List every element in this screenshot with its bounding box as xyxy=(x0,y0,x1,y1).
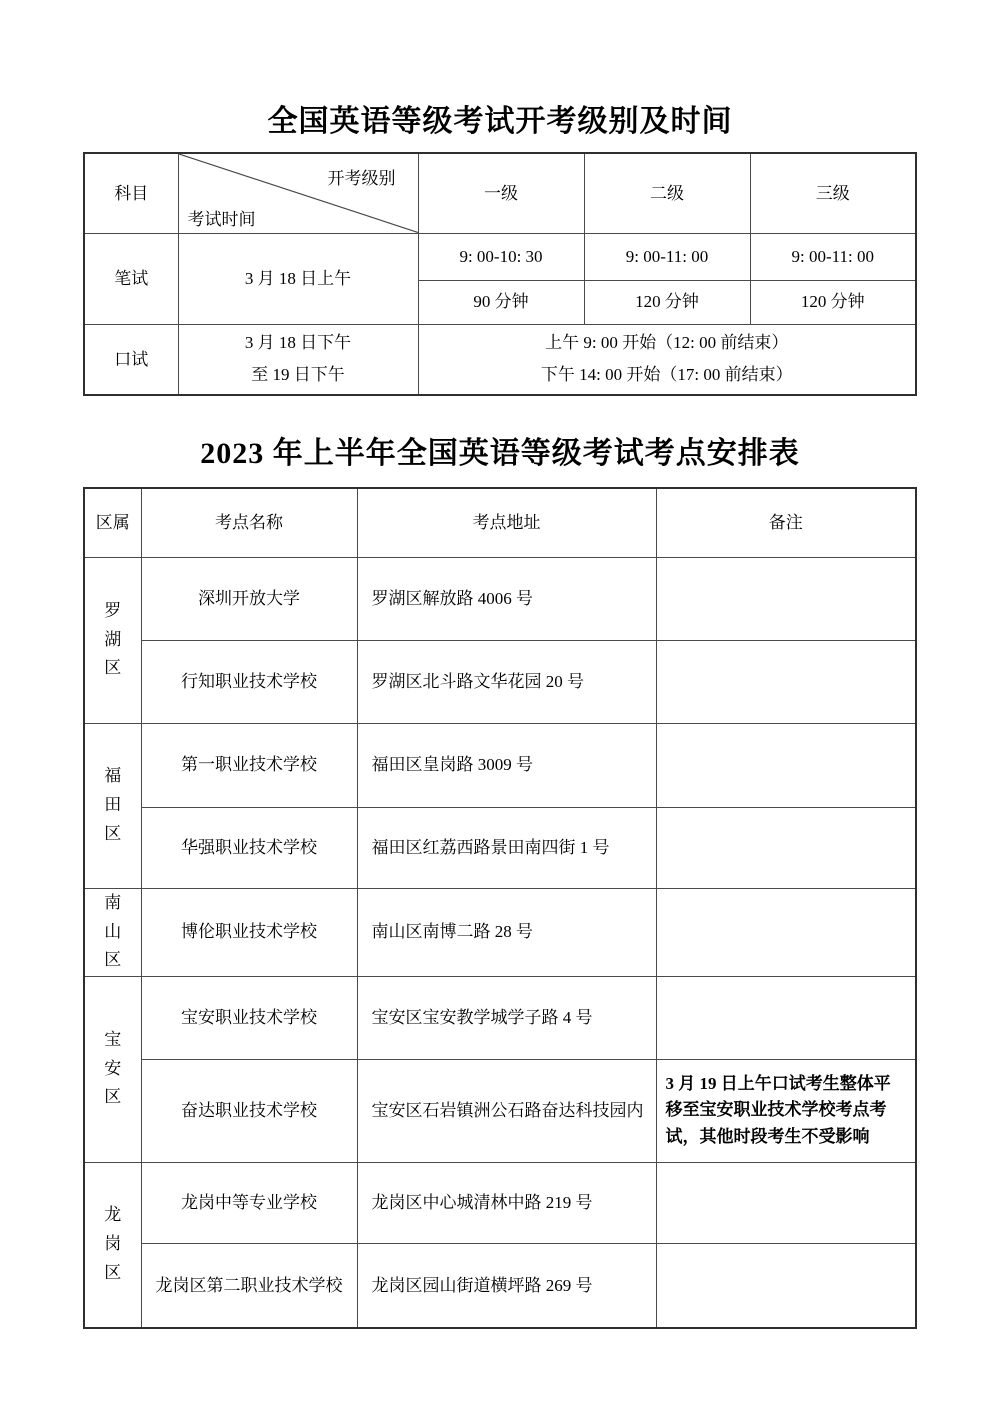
written-duration-level3-cell: 120 分钟 xyxy=(750,280,916,324)
venue-address-cell: 福田区皇岗路 3009 号 xyxy=(357,723,656,807)
district-label: 福田区 xyxy=(104,762,122,849)
written-date-cell: 3 月 18 日上午 xyxy=(178,233,418,324)
venue-address-cell: 南山区南博二路 28 号 xyxy=(357,888,656,976)
level-1-header: 一级 xyxy=(418,153,584,233)
venue-name-cell: 深圳开放大学 xyxy=(141,557,357,640)
note-cell xyxy=(656,807,916,888)
venue-name-header-cell: 考点名称 xyxy=(141,488,357,557)
table-row: 福田区 第一职业技术学校 福田区皇岗路 3009 号 xyxy=(84,723,916,807)
diagonal-top-right-label: 开考级别 xyxy=(328,170,396,187)
level-2-header: 二级 xyxy=(584,153,750,233)
written-subject-cell: 笔试 xyxy=(84,233,178,324)
subject-header-label: 科目 xyxy=(114,184,148,203)
note-cell: 3 月 19 日上午口试考生整体平移至宝安职业技术学校考点考试，其他时段考生不受… xyxy=(656,1059,916,1162)
table-row: 奋达职业技术学校 宝安区石岩镇洲公石路奋达科技园内 3 月 19 日上午口试考生… xyxy=(84,1059,916,1162)
venue-address-cell: 宝安区石岩镇洲公石路奋达科技园内 xyxy=(357,1059,656,1162)
venue-name-cell: 第一职业技术学校 xyxy=(141,723,357,807)
schedule-table-title: 全国英语等级考试开考级别及时间 xyxy=(0,0,1000,140)
document-page: 全国英语等级考试开考级别及时间 科目 开考级别 考试时间 一级 二级 xyxy=(0,0,1000,1414)
oral-schedule-line2: 下午 14: 00 开始（17: 00 前结束） xyxy=(423,359,912,391)
table-row: 华强职业技术学校 福田区红荔西路景田南四街 1 号 xyxy=(84,807,916,888)
venue-name-cell: 奋达职业技术学校 xyxy=(141,1059,357,1162)
oral-row: 口试 3 月 18 日下午 至 19 日下午 上午 9: 00 开始（12: 0… xyxy=(84,324,916,395)
subject-header-cell: 科目 xyxy=(84,153,178,233)
table-row: 南山区 博伦职业技术学校 南山区南博二路 28 号 xyxy=(84,888,916,976)
oral-date-cell: 3 月 18 日下午 至 19 日下午 xyxy=(178,324,418,395)
level-3-header: 三级 xyxy=(750,153,916,233)
written-duration-level2-cell: 120 分钟 xyxy=(584,280,750,324)
district-header-cell: 区属 xyxy=(84,488,141,557)
schedule-header-row: 科目 开考级别 考试时间 一级 二级 三级 xyxy=(84,153,916,233)
venue-address-cell: 龙岗区中心城清林中路 219 号 xyxy=(357,1162,656,1243)
table-row: 罗湖区 深圳开放大学 罗湖区解放路 4006 号 xyxy=(84,557,916,640)
written-time-level2-cell: 9: 00-11: 00 xyxy=(584,233,750,280)
oral-schedule-cell: 上午 9: 00 开始（12: 00 前结束） 下午 14: 00 开始（17:… xyxy=(418,324,916,395)
note-cell xyxy=(656,1162,916,1243)
oral-date-line2: 至 19 日下午 xyxy=(183,359,414,391)
schedule-table: 科目 开考级别 考试时间 一级 二级 三级 笔试 3 月 18 日上午 9: 0… xyxy=(83,152,917,396)
note-cell xyxy=(656,640,916,723)
venue-address-cell: 福田区红荔西路景田南四街 1 号 xyxy=(357,807,656,888)
venue-address-cell: 罗湖区解放路 4006 号 xyxy=(357,557,656,640)
diagonal-bottom-left-label: 考试时间 xyxy=(188,211,256,228)
venues-table-title: 2023 年上半年全国英语等级考试考点安排表 xyxy=(0,428,1000,472)
venue-address-cell: 龙岗区园山街道横坪路 269 号 xyxy=(357,1243,656,1328)
note-header-cell: 备注 xyxy=(656,488,916,557)
district-label: 南山区 xyxy=(104,889,122,976)
district-cell-longgang: 龙岗区 xyxy=(84,1162,141,1328)
written-times-row: 笔试 3 月 18 日上午 9: 00-10: 30 9: 00-11: 00 … xyxy=(84,233,916,280)
venue-name-cell: 行知职业技术学校 xyxy=(141,640,357,723)
note-cell xyxy=(656,723,916,807)
district-cell-luohu: 罗湖区 xyxy=(84,557,141,723)
oral-date-line1: 3 月 18 日下午 xyxy=(183,327,414,359)
venue-name-cell: 宝安职业技术学校 xyxy=(141,976,357,1059)
district-cell-futian: 福田区 xyxy=(84,723,141,888)
table-row: 龙岗区 龙岗中等专业学校 龙岗区中心城清林中路 219 号 xyxy=(84,1162,916,1243)
oral-subject-cell: 口试 xyxy=(84,324,178,395)
district-cell-nanshan: 南山区 xyxy=(84,888,141,976)
written-time-level1-cell: 9: 00-10: 30 xyxy=(418,233,584,280)
venues-header-row: 区属 考点名称 考点地址 备注 xyxy=(84,488,916,557)
written-duration-level1-cell: 90 分钟 xyxy=(418,280,584,324)
oral-schedule-line1: 上午 9: 00 开始（12: 00 前结束） xyxy=(423,327,912,359)
venue-name-cell: 华强职业技术学校 xyxy=(141,807,357,888)
venue-name-cell: 龙岗中等专业学校 xyxy=(141,1162,357,1243)
venue-address-cell: 宝安区宝安教学城学子路 4 号 xyxy=(357,976,656,1059)
table-row: 龙岗区第二职业技术学校 龙岗区园山街道横坪路 269 号 xyxy=(84,1243,916,1328)
venue-address-cell: 罗湖区北斗路文华花园 20 号 xyxy=(357,640,656,723)
note-cell xyxy=(656,1243,916,1328)
district-label: 龙岗区 xyxy=(104,1201,122,1288)
venue-name-cell: 博伦职业技术学校 xyxy=(141,888,357,976)
written-time-level3-cell: 9: 00-11: 00 xyxy=(750,233,916,280)
note-cell xyxy=(656,888,916,976)
table-row: 宝安区 宝安职业技术学校 宝安区宝安教学城学子路 4 号 xyxy=(84,976,916,1059)
table-row: 行知职业技术学校 罗湖区北斗路文华花园 20 号 xyxy=(84,640,916,723)
district-label: 罗湖区 xyxy=(104,597,122,684)
district-cell-baoan: 宝安区 xyxy=(84,976,141,1162)
venue-address-header-cell: 考点地址 xyxy=(357,488,656,557)
note-cell xyxy=(656,557,916,640)
diagonal-header-cell: 开考级别 考试时间 xyxy=(178,153,418,233)
note-cell xyxy=(656,976,916,1059)
district-label: 宝安区 xyxy=(104,1026,122,1113)
venue-name-cell: 龙岗区第二职业技术学校 xyxy=(141,1243,357,1328)
venues-table: 区属 考点名称 考点地址 备注 罗湖区 深圳开放大学 罗湖区解放路 4006 号… xyxy=(83,487,917,1329)
